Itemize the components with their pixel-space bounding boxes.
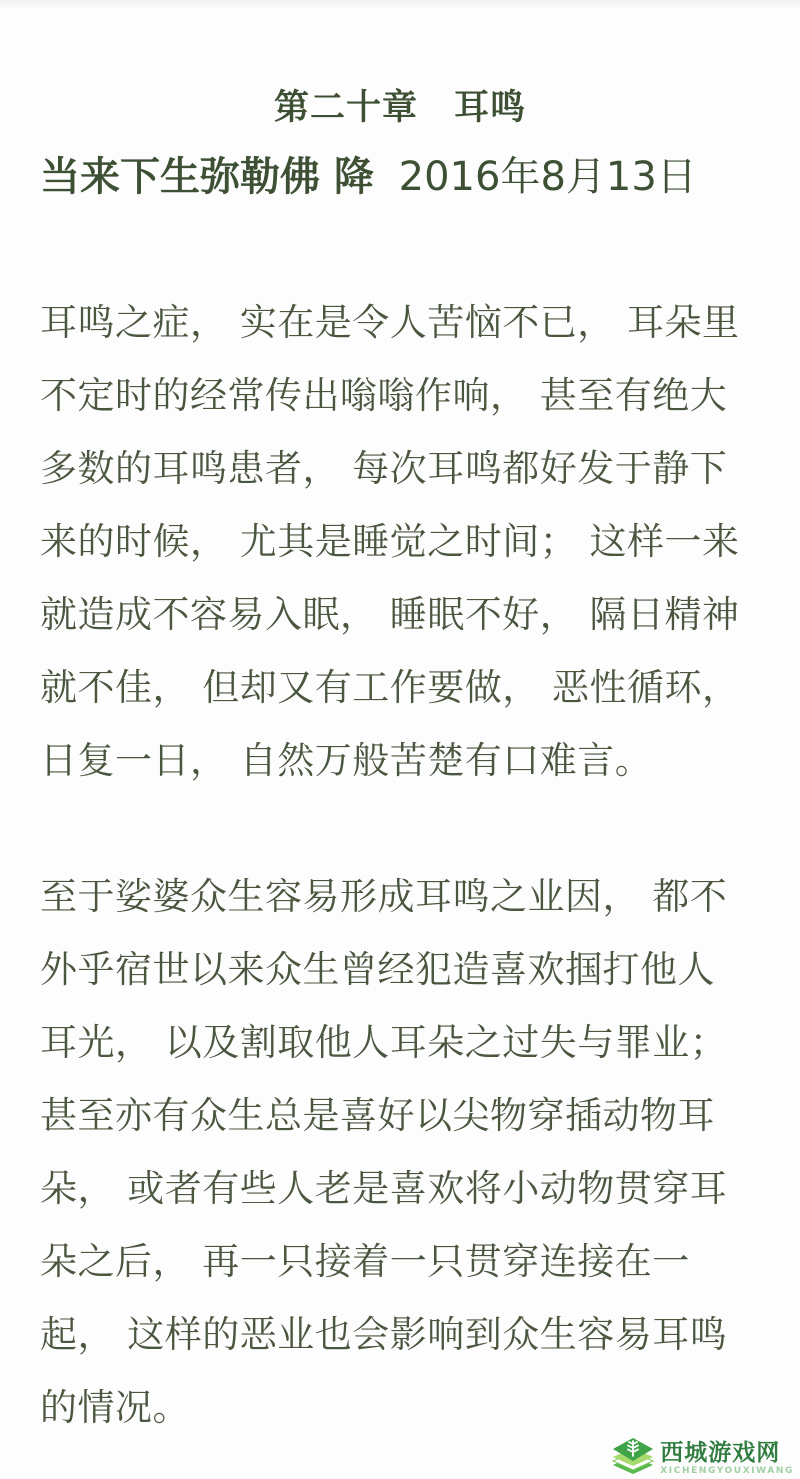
text-line: 多数的耳鸣患者， 每次耳鸣都好发于静下 bbox=[40, 432, 766, 505]
text-line: 日复一日， 自然万般苦楚有口难言。 bbox=[40, 724, 766, 797]
paragraph-2: 至于娑婆众生容易形成耳鸣之业因， 都不外乎宿世以来众生曾经犯造喜欢掴打他人耳光，… bbox=[40, 860, 766, 1444]
scripture-page: 第二十章 耳鸣 当来下生弥勒佛 降 2016年8月13日 耳鸣之症， 实在是令人… bbox=[0, 0, 800, 1479]
text-line: 来的时候， 尤其是睡觉之时间； 这样一来 bbox=[40, 505, 766, 578]
text-line: 起， 这样的恶业也会影响到众生容易耳鸣 bbox=[40, 1298, 766, 1371]
text-line: 就造成不容易入眠， 睡眠不好， 隔日精神 bbox=[40, 578, 766, 651]
site-name: 西城游戏网 bbox=[660, 1440, 780, 1466]
text-line: 外乎宿世以来众生曾经犯造喜欢掴打他人 bbox=[40, 933, 766, 1006]
layered-diamonds-wheat-icon bbox=[611, 1436, 655, 1476]
text-line: 的情况。 bbox=[40, 1371, 766, 1444]
text-line: 不定时的经常传出嗡嗡作响， 甚至有绝大 bbox=[40, 359, 766, 432]
text-line: 甚至亦有众生总是喜好以尖物穿插动物耳 bbox=[40, 1079, 766, 1152]
site-watermark: 西城游戏网 XICHENGYOUXIWANG bbox=[611, 1436, 794, 1477]
text-line: 至于娑婆众生容易形成耳鸣之业因， 都不 bbox=[40, 860, 766, 933]
text-line: 耳鸣之症， 实在是令人苦恼不已， 耳朵里 bbox=[40, 286, 766, 359]
text-line: 就不佳， 但却又有工作要做， 恶性循环， bbox=[40, 651, 766, 724]
revelation-line: 当来下生弥勒佛 降 2016年8月13日 bbox=[40, 150, 770, 204]
site-name-latin: XICHENGYOUXIWANG bbox=[660, 1466, 794, 1477]
text-line: 朵， 或者有些人老是喜欢将小动物贯穿耳 bbox=[40, 1152, 766, 1225]
deity-name: 当来下生弥勒佛 降 bbox=[40, 154, 374, 200]
top-edge-shadow bbox=[0, 0, 800, 9]
chapter-title: 第二十章 耳鸣 bbox=[0, 84, 800, 132]
watermark-text: 西城游戏网 XICHENGYOUXIWANG bbox=[660, 1440, 794, 1477]
revelation-date: 2016年8月13日 bbox=[399, 154, 697, 200]
text-line: 耳光， 以及割取他人耳朵之过失与罪业； bbox=[40, 1006, 766, 1079]
text-line: 朵之后， 再一只接着一只贯穿连接在一 bbox=[40, 1225, 766, 1298]
paragraph-1: 耳鸣之症， 实在是令人苦恼不已， 耳朵里不定时的经常传出嗡嗡作响， 甚至有绝大多… bbox=[40, 286, 766, 797]
